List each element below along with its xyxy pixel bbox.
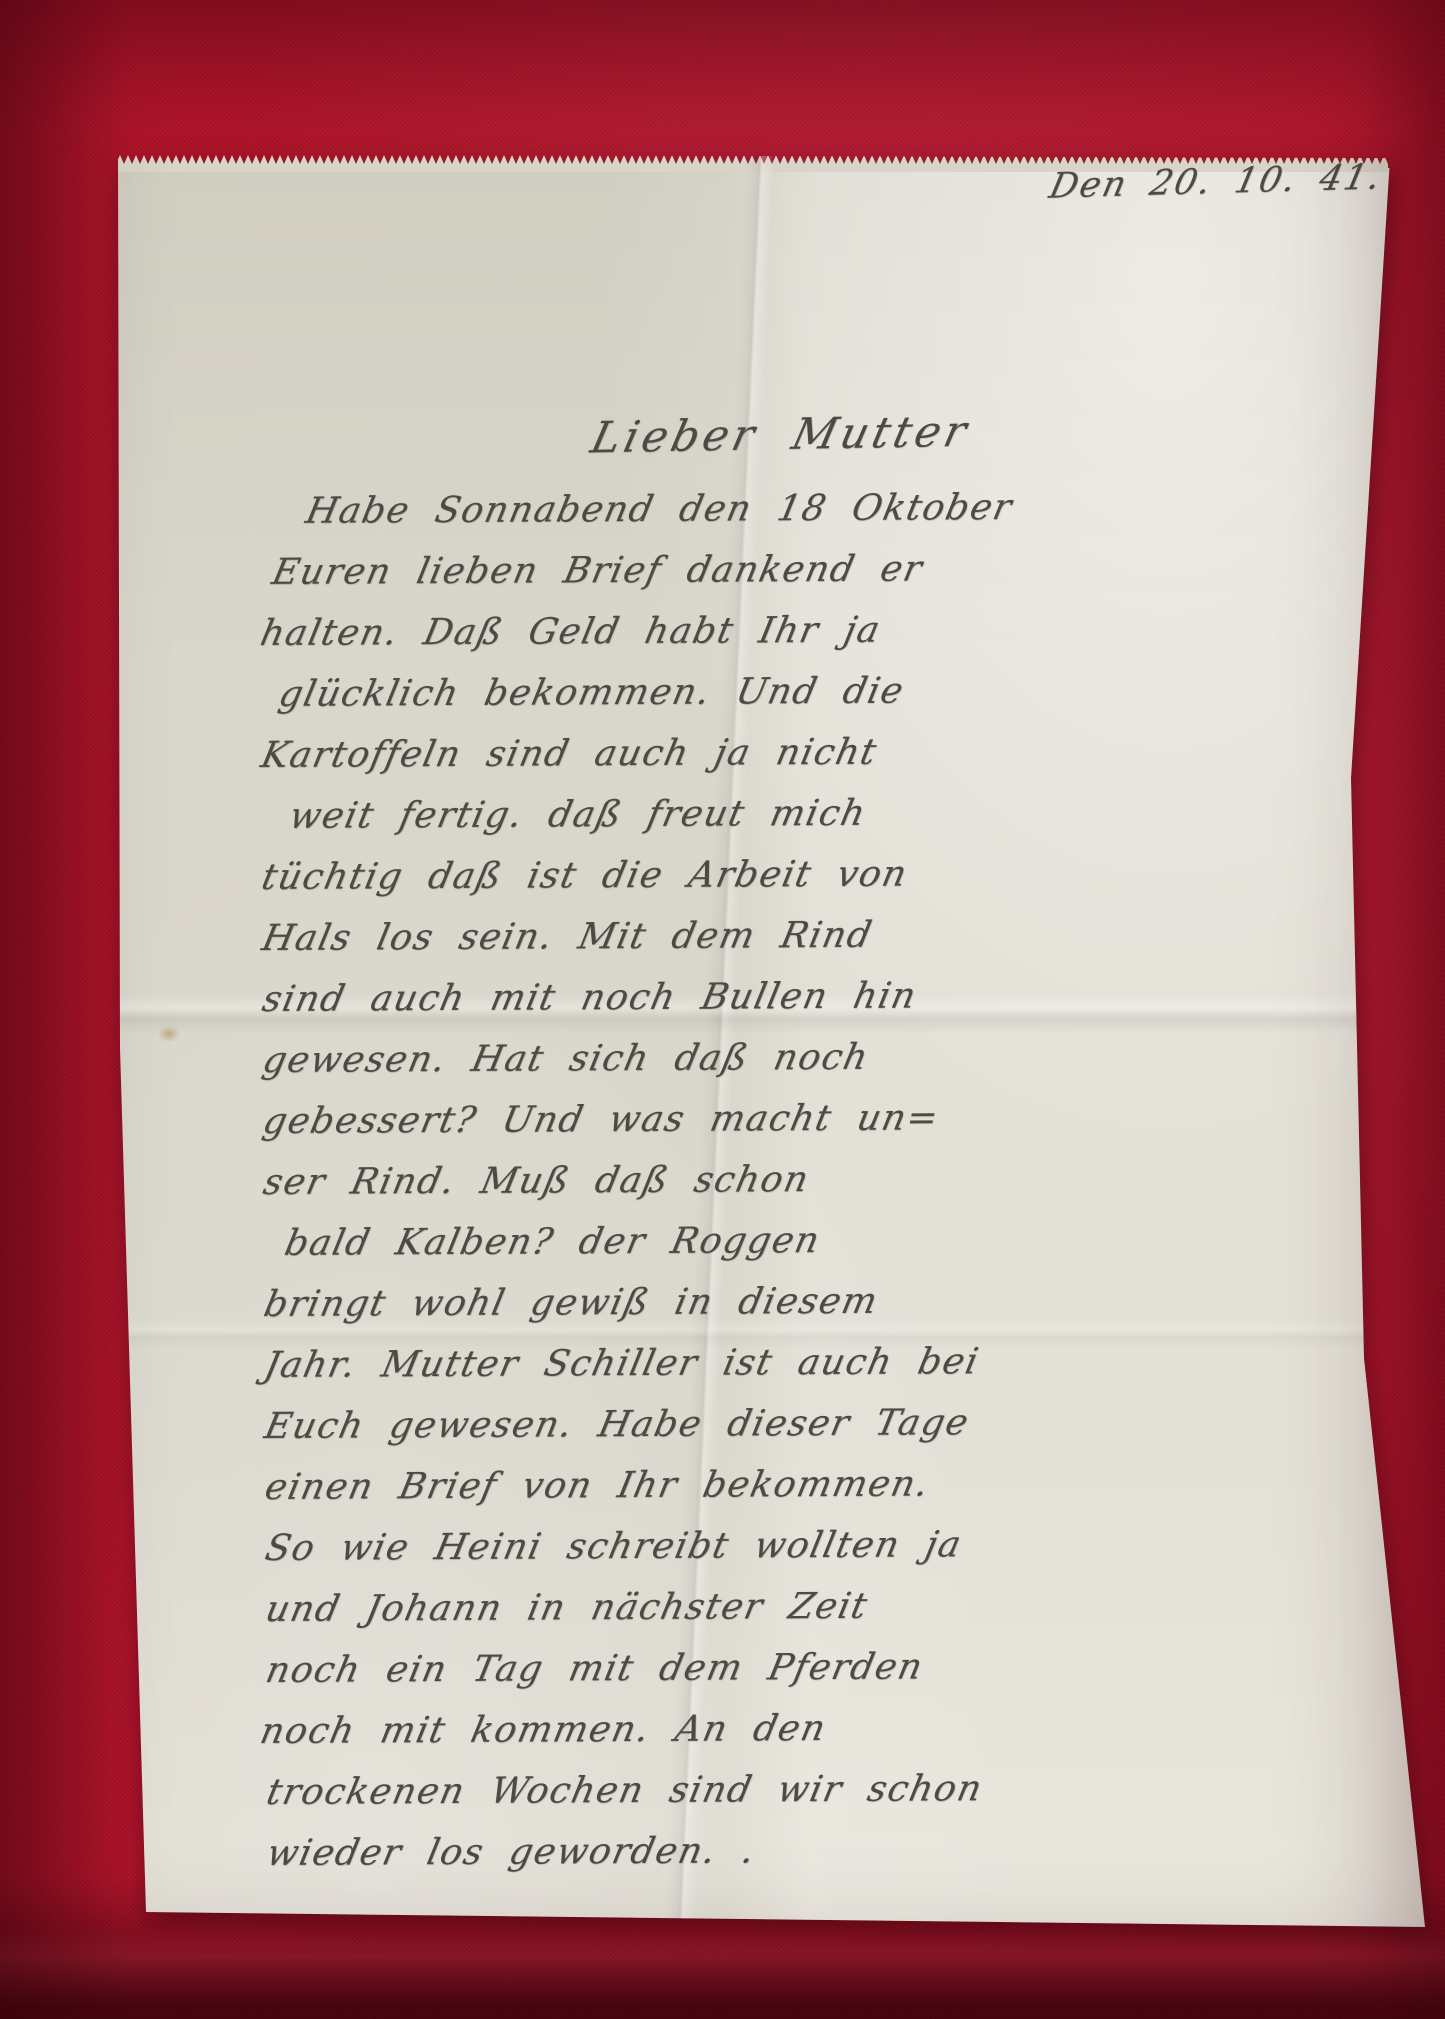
letter-line: noch ein Tag mit dem Pferden [248,1634,1421,1701]
letter-line: Hals los sein. Mit dem Rind [244,902,1417,969]
paper-sheet: Den 20. 10. 41. Lieber Mutter Habe Sonna… [104,148,1434,1938]
paper-stain [158,1026,180,1042]
letter-line: halten. Daß Geld habt Ihr ja [243,597,1416,664]
letter-line: gebessert? Und was macht un= [245,1085,1418,1152]
letter-line: bald Kalben? der Roggen [246,1207,1419,1274]
letter-line: wieder los geworden. . [249,1817,1422,1884]
letter-line: bringt wohl gewiß in diesem [246,1268,1419,1335]
letter-line: noch mit kommen. An den [249,1695,1422,1762]
letter-paper: Den 20. 10. 41. Lieber Mutter Habe Sonna… [104,148,1434,1938]
letter-line: gewesen. Hat sich daß noch [245,1024,1418,1091]
letter-line: Kartoffeln sind auch ja nicht [243,719,1416,786]
letter-line: So wie Heini schreibt wollten ja [248,1512,1421,1579]
letter-line: tüchtig daß ist die Arbeit von [244,841,1417,908]
red-fabric-background: Den 20. 10. 41. Lieber Mutter Habe Sonna… [0,0,1445,2019]
letter-line: Euch gewesen. Habe dieser Tage [247,1390,1420,1457]
letter-line: Euren lieben Brief dankend er [242,536,1415,603]
letter-line: weit fertig. daß freut mich [244,780,1417,847]
letter-salutation: Lieber Mutter [586,407,975,464]
letter-line: Jahr. Mutter Schiller ist auch bei [247,1329,1420,1396]
letter-line: glücklich bekommen. Und die [243,658,1416,725]
letter-line: und Johann in nächster Zeit [248,1573,1421,1640]
letter-line: sind auch mit noch Bullen hin [245,963,1418,1030]
letter-line: trockenen Wochen sind wir schon [249,1756,1422,1823]
letter-line: ser Rind. Muß daß schon [246,1146,1419,1213]
letter-line: einen Brief von Ihr bekommen. [247,1451,1420,1518]
fabric-bottom-fold-shadow [0,1929,1445,2019]
letter-body: Habe Sonnabend den 18 Oktober Euren lieb… [248,475,1415,1884]
letter-line: Habe Sonnabend den 18 Oktober [242,475,1415,542]
